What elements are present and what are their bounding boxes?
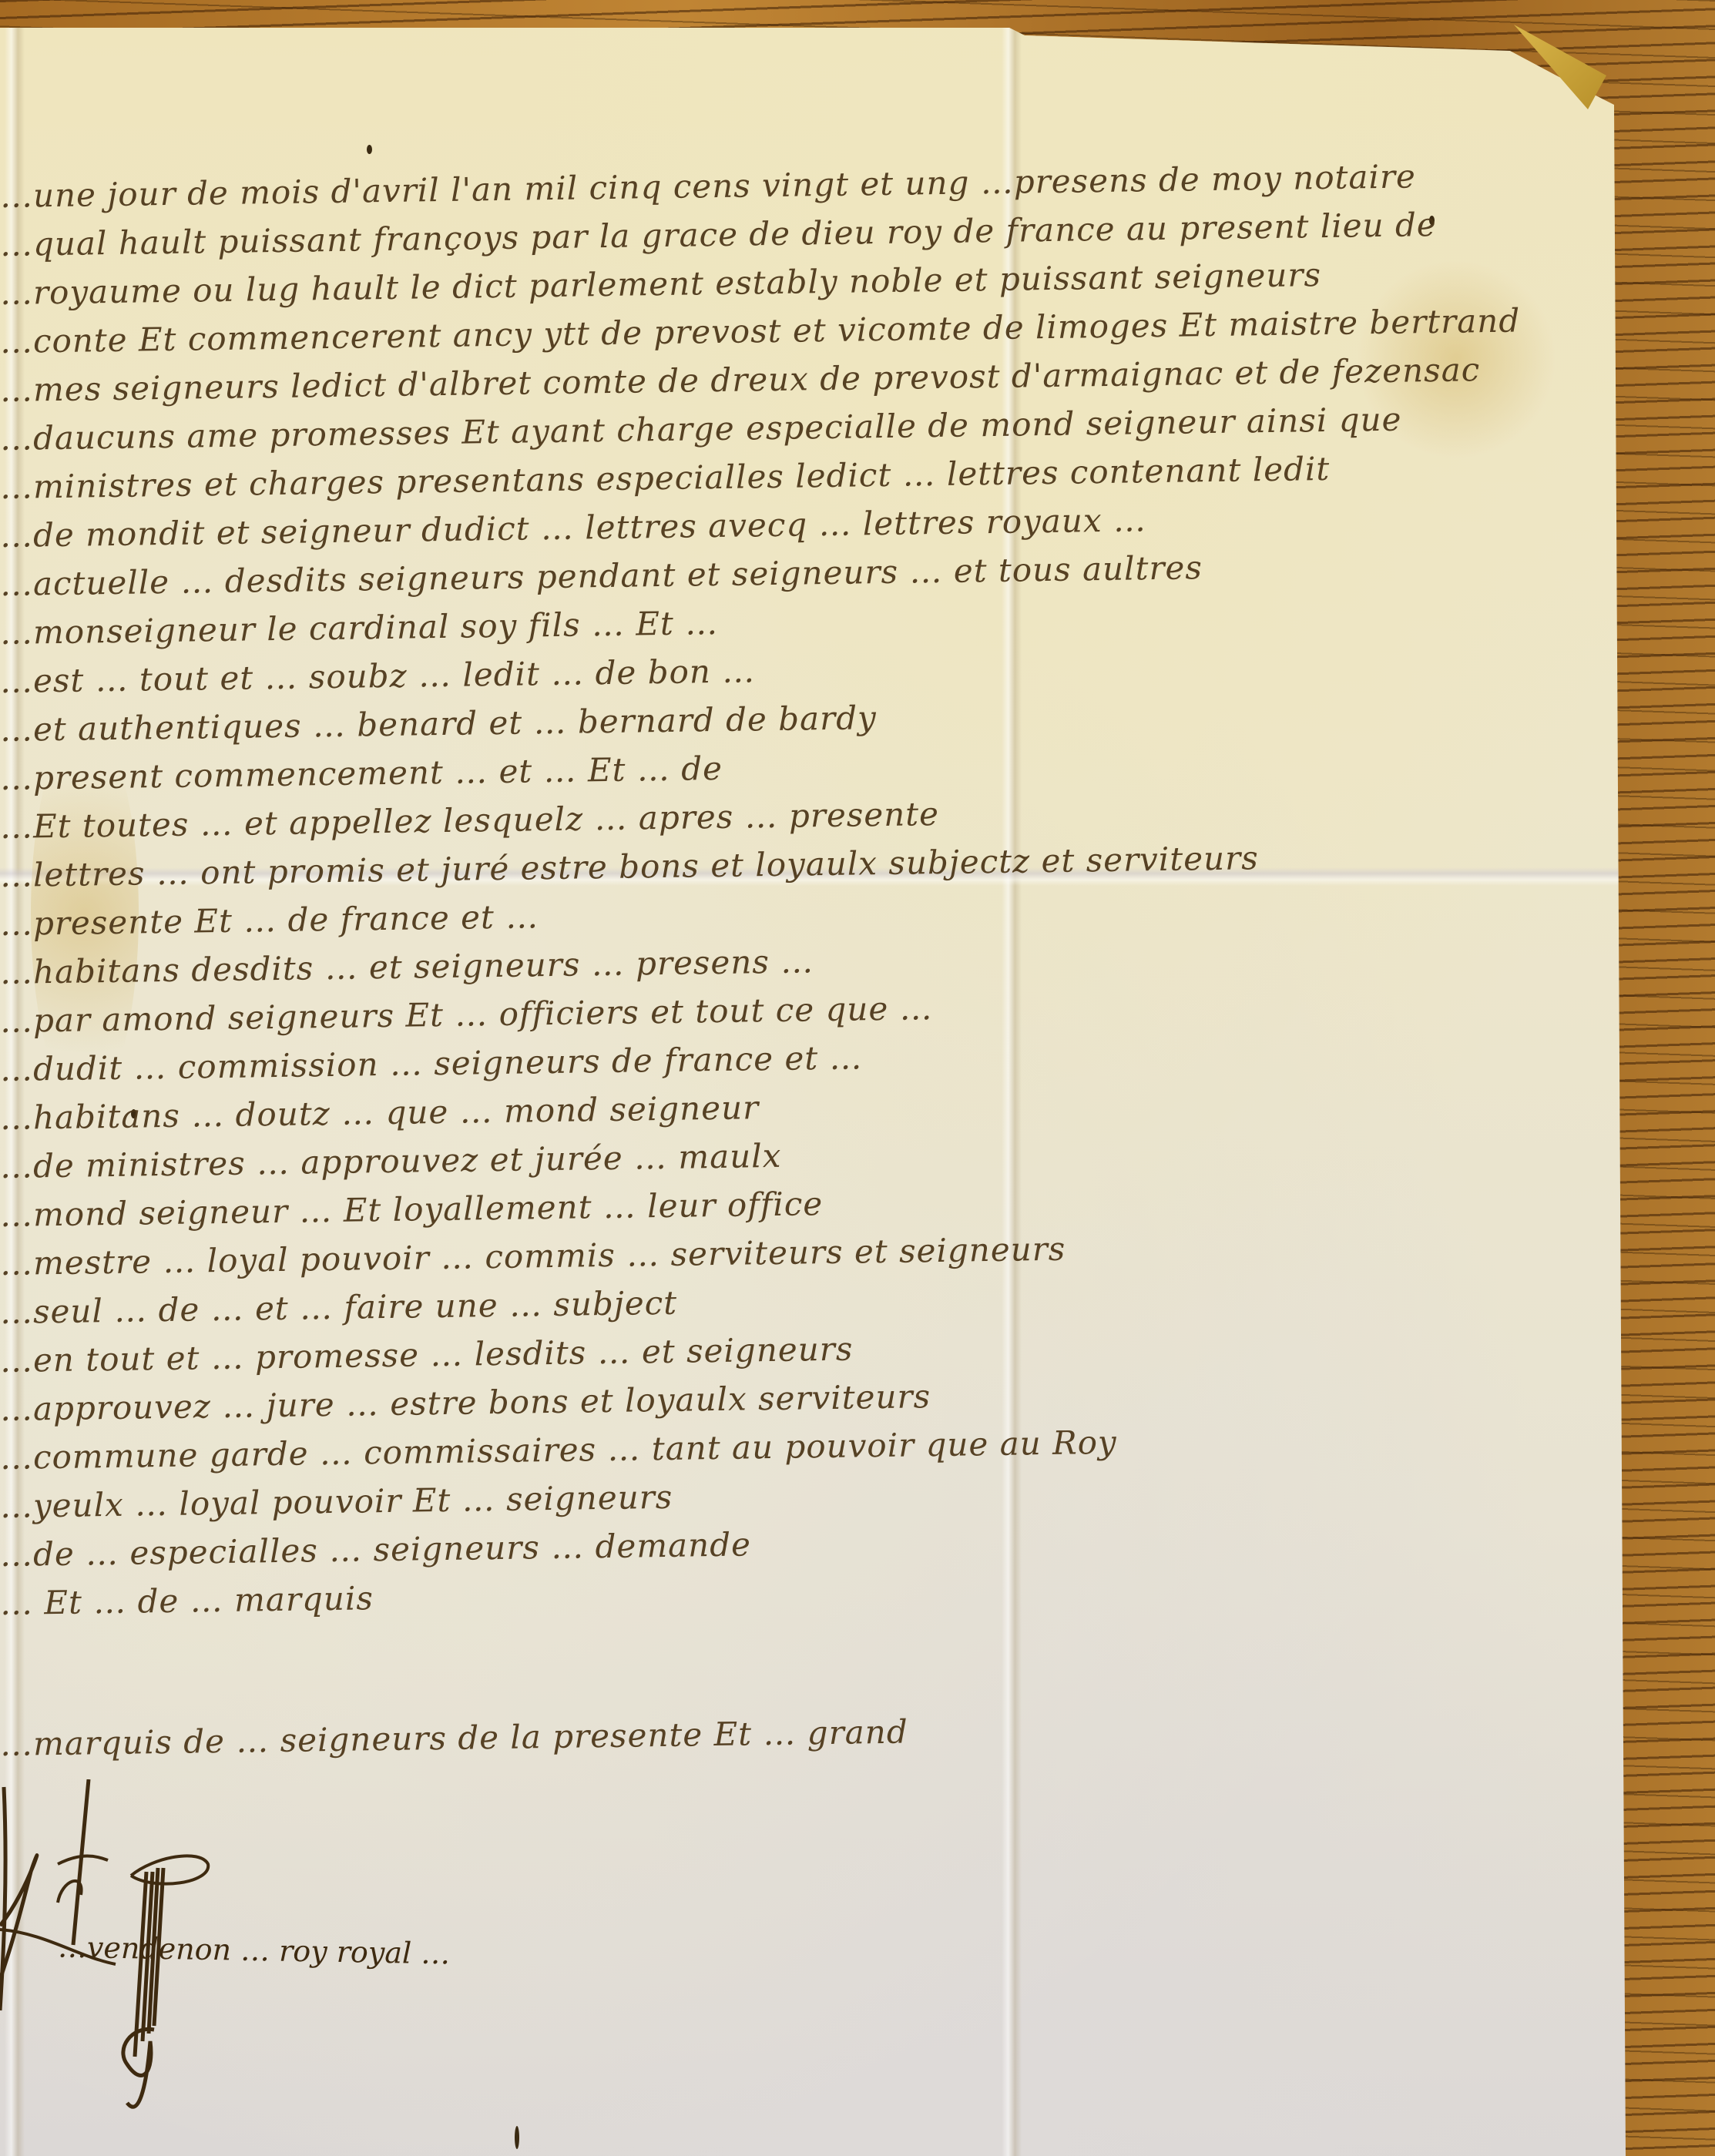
text-line: … Et … de … marquis [0, 1579, 374, 1622]
text-line: …presente Et … de france et … [0, 897, 539, 943]
ink-dot [367, 145, 372, 154]
secretary-signature-line: …vendenon … roy royal … [58, 1930, 451, 1971]
fold-crease-center [1002, 28, 1022, 2156]
